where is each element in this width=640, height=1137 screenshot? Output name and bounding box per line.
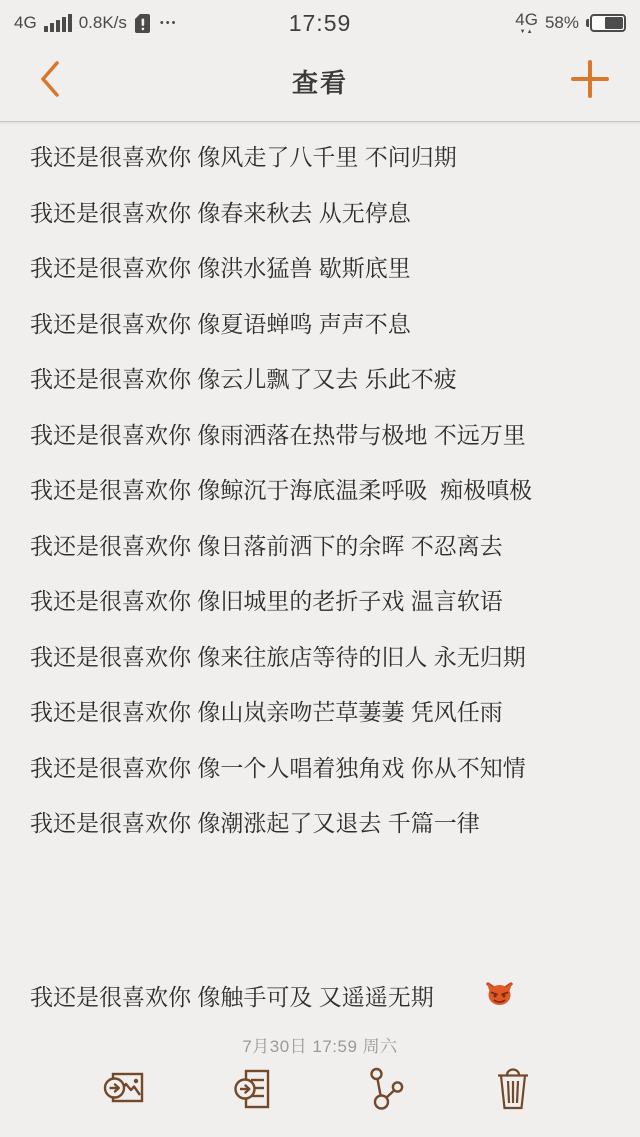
delete-button[interactable]: [488, 1067, 538, 1117]
status-time: 17:59: [289, 10, 352, 37]
poem-line: 我还是很喜欢你 像夏语蝉鸣 声声不息: [30, 297, 620, 353]
export-image-button[interactable]: [102, 1067, 152, 1117]
network-type-right: 4G ▼▲: [515, 11, 538, 35]
nav-bar: 查看: [0, 42, 640, 122]
poem-line: 我还是很喜欢你 像鲸沉于海底温柔呼吸 痴极嗔极: [30, 463, 620, 519]
poem-line: 我还是很喜欢你 像旧城里的老折子戏 温言软语: [30, 574, 620, 630]
page-title: 查看: [0, 63, 640, 100]
poem-line: 我还是很喜欢你 像春来秋去 从无停息: [30, 186, 620, 242]
poem-line: 我还是很喜欢你 像山岚亲吻芒草萋萋 凭风任雨: [30, 685, 620, 741]
poem-line: 我还是很喜欢你 像日落前洒下的余晖 不忍离去: [30, 519, 620, 575]
poem-final-text: 我还是很喜欢你 像触手可及 又遥遥无期: [30, 970, 434, 1026]
bottom-toolbar: [0, 1067, 640, 1117]
export-note-button[interactable]: [231, 1067, 281, 1117]
poem-line: 我还是很喜欢你 像来往旅店等待的旧人 永无归期: [30, 630, 620, 686]
phone-screen: 4G 0.8K/s ••• 17:59 4G ▼▲ 58%: [0, 0, 640, 1137]
note-body: 我还是很喜欢你 像风走了八千里 不问归期 我还是很喜欢你 像春来秋去 从无停息 …: [0, 123, 640, 1025]
share-icon: [359, 1065, 409, 1120]
export-image-icon: [102, 1065, 152, 1120]
signal-strength-icon: [44, 14, 72, 32]
data-up-down-arrows-icon: ▼▲: [520, 29, 534, 35]
export-note-icon: [231, 1065, 281, 1120]
footer: 7月30日 17:59 周六: [0, 1032, 640, 1137]
network-type-left: 4G: [14, 13, 37, 33]
poem-line: 我还是很喜欢你 像雨洒落在热带与极地 不远万里: [30, 408, 620, 464]
smiling-devil-emoji: [435, 970, 513, 1026]
status-bar: 4G 0.8K/s ••• 17:59 4G ▼▲ 58%: [0, 0, 640, 42]
chevron-left-icon: [37, 58, 63, 105]
share-button[interactable]: [359, 1067, 409, 1117]
battery-percent: 58%: [545, 13, 579, 33]
poem-line: 我还是很喜欢你 像一个人唱着独角戏 你从不知情: [30, 741, 620, 797]
network-speed: 0.8K/s: [79, 13, 127, 33]
poem-line: 我还是很喜欢你 像云儿飘了又去 乐此不疲: [30, 352, 620, 408]
poem-line: 我还是很喜欢你 像潮涨起了又退去 千篇一律: [30, 796, 620, 852]
poem-final-line: 我还是很喜欢你 像触手可及 又遥遥无期: [30, 970, 620, 1026]
more-notifications-icon: •••: [160, 17, 178, 29]
note-timestamp: 7月30日 17:59 周六: [0, 1032, 640, 1057]
blank-gap: [30, 852, 620, 970]
back-button[interactable]: [28, 60, 72, 104]
add-button[interactable]: [568, 60, 612, 104]
plus-icon: [570, 59, 610, 104]
trash-icon: [488, 1065, 538, 1120]
poem-line: 我还是很喜欢你 像风走了八千里 不问归期: [30, 130, 620, 186]
poem-line: 我还是很喜欢你 像洪水猛兽 歇斯底里: [30, 241, 620, 297]
sim-alert-icon: [134, 13, 151, 34]
battery-icon: [586, 14, 626, 32]
